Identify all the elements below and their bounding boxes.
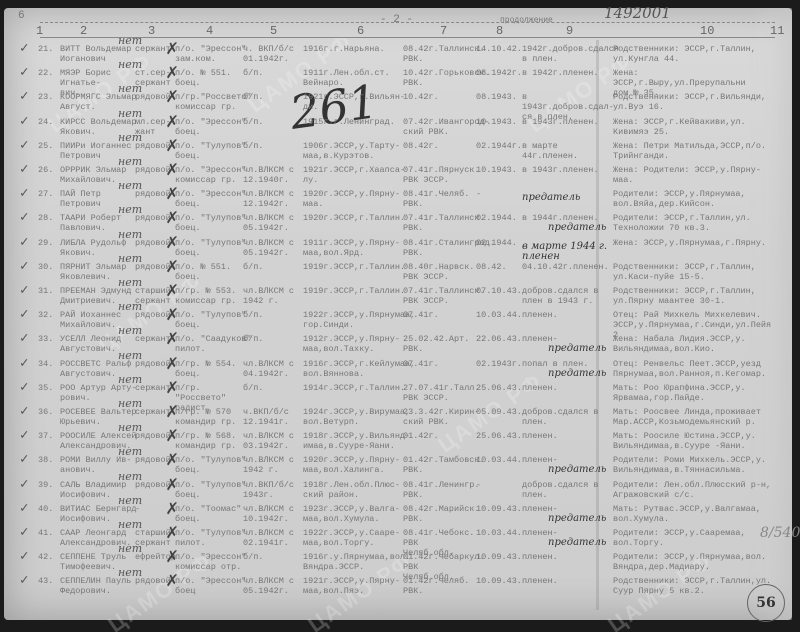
handwritten-net: нет: [118, 133, 142, 143]
row-number: 42.: [38, 552, 53, 562]
column-number: 9: [566, 24, 573, 38]
conscription-info: 08.41г.Сталинград. РВК.: [403, 238, 473, 258]
x-mark-icon: ✗: [166, 379, 178, 399]
birth-info: 1922г.ЭССР,у.Сааре- маа,вол.Торгу.: [303, 528, 401, 548]
row-number: 24.: [38, 117, 53, 127]
x-mark-icon: ✗: [166, 113, 178, 133]
handwritten-net: нет: [118, 447, 142, 457]
x-mark-icon: ✗: [166, 524, 178, 544]
relatives-address: Жена: Родители: ЭССР,у.Пярну- маа.: [613, 165, 773, 185]
conscription-info: 25.02.42.Арт. РВК.: [403, 334, 473, 354]
relatives-address: Жена: ЭССР,г.Кейвакиви,ул. Кивимяэ 25.: [613, 117, 773, 137]
row-number: 41.: [38, 528, 53, 538]
x-mark-icon: ✗: [166, 330, 178, 350]
check-mark-icon: ✓: [20, 165, 28, 175]
birth-info: 1921г.ЭССР,г.Хаапса- лу.: [303, 165, 401, 185]
handwritten-net: нет: [118, 278, 142, 288]
loss-date: -: [476, 480, 524, 490]
relatives-address: Родственники: ЭССР,г.Таллин, ул.Кунгла 4…: [613, 44, 773, 64]
x-mark-icon: ✗: [166, 306, 178, 326]
check-mark-icon: ✓: [20, 213, 28, 223]
relatives-address: Мать: Роо Юрапфина.ЭССР,у. Ярвамаа,гор.П…: [613, 383, 773, 403]
conscription-info: 27.07.41г.Талл. РВК ЭССР.: [403, 383, 473, 403]
party-membership: чл.ВЛКСМ с 05.1942г.: [243, 213, 298, 233]
party-membership: б/п.: [243, 383, 298, 393]
handwritten-net: нет: [118, 496, 142, 506]
party-membership: б/п.: [243, 334, 298, 344]
relatives-address: Мать: Роосвее Линда,проживает Мар.АССР,К…: [613, 407, 773, 427]
x-mark-icon: ✗: [166, 476, 178, 496]
conscription-info: 01.42г.Тамбовск. РВК.: [403, 455, 473, 475]
handwritten-net: нет: [118, 568, 142, 578]
row-number: 34.: [38, 359, 53, 369]
x-mark-icon: ✗: [166, 209, 178, 229]
handwritten-net: нет: [118, 84, 142, 94]
loss-date: 02.1943г.: [476, 359, 524, 369]
archive-number: 1492001: [604, 4, 671, 22]
loss-date: 25.06.43.: [476, 383, 524, 393]
handwritten-net: нет: [118, 60, 142, 70]
conscription-info: 08.41г.Ленингр. РВК.: [403, 480, 473, 500]
row-number: 27.: [38, 189, 53, 199]
x-mark-icon: ✗: [166, 258, 178, 278]
loss-date: 08.1942г.: [476, 68, 524, 78]
party-membership: чл.ВЛКСМ с 03.1942г.: [243, 431, 298, 451]
handwritten-note: предатель: [548, 344, 638, 354]
party-membership: чл.ВЛКСМ с 10.1942г.: [243, 504, 298, 524]
circumstances: добров.сдался в плен в 1943 г.: [522, 286, 612, 306]
corner-mark: 6: [18, 10, 25, 22]
conscription-info: 07.41г.: [403, 359, 473, 369]
x-mark-icon: ✗: [166, 234, 178, 254]
x-mark-icon: ✗: [166, 427, 178, 447]
handwritten-note: предатель: [522, 193, 612, 203]
side-annotation: 8/540: [760, 525, 800, 541]
birth-info: 1918г.Лен.обл.Плюс- ский район.: [303, 480, 401, 500]
row-number: 21.: [38, 44, 53, 54]
birth-info: 1920г.ЭССР,у.Пярну- маа,вол.Халинга.: [303, 455, 401, 475]
row-number: 40.: [38, 504, 53, 514]
relatives-address: Жена: Петри Матильда,ЭССР,п/о. Трийнганд…: [613, 141, 773, 161]
party-membership: чл.ВЛКСМ с 05.1942г.: [243, 576, 298, 596]
relatives-address: Жена: ЭССР,у.Пярнумаа,г.Пярну.: [613, 238, 773, 248]
conscription-info: 23.3.42г.Кирин- ский РВК.: [403, 407, 473, 427]
circumstances: в 1943г.пленен.: [522, 165, 612, 175]
row-number: 30.: [38, 262, 53, 272]
party-membership: б/п.: [243, 92, 298, 102]
handwritten-net: нет: [118, 423, 142, 433]
x-mark-icon: ✗: [166, 40, 178, 60]
x-mark-icon: ✗: [166, 572, 178, 592]
loss-date: 10.09.43.: [476, 504, 524, 514]
handwritten-net: нет: [118, 351, 142, 361]
loss-date: 08.1943.: [476, 92, 524, 102]
x-mark-icon: ✗: [166, 403, 178, 423]
circumstances: 1942г.добров.сдался в плен.: [522, 44, 612, 64]
handwritten-note: предатель: [548, 514, 638, 524]
page-center-mark: - 2 -: [380, 14, 413, 26]
loss-date: 25.06.43.: [476, 431, 524, 441]
column-number: 3: [148, 24, 155, 38]
check-mark-icon: ✓: [20, 310, 28, 320]
birth-info: 1922г.ЭССР,у.Пярнумаа, гор.Синди.: [303, 310, 401, 330]
birth-info: 1911г.Лен.обл.ст. Вейнаро.: [303, 68, 401, 88]
check-mark-icon: ✓: [20, 528, 28, 538]
party-membership: чл.ВЛКСМ с 1942 г.: [243, 455, 298, 475]
birth-info: 1915г.г.Ленинград.: [303, 117, 401, 127]
check-mark-icon: ✓: [20, 286, 28, 296]
row-number: 39.: [38, 480, 53, 490]
check-mark-icon: ✓: [20, 431, 28, 441]
relatives-address: Родители: ЭССР,у.Пярнумаа, вол.Вяйа,дер.…: [613, 189, 773, 209]
row-number: 38.: [38, 455, 53, 465]
party-membership: чл.ВЛКСМ с 04.1942г.: [243, 359, 298, 379]
birth-info: 1919г.ЭССР,г.Таллин.: [303, 262, 401, 272]
conscription-info: 07.41г.Пярнуск. РВК ЭССР.: [403, 165, 473, 185]
loss-date: 02.1944.: [476, 213, 524, 223]
birth-info: 1911г.ЭССР,у.Пярну- маа,вол.Ярд.: [303, 238, 401, 258]
loss-date: 10.09.43.: [476, 576, 524, 586]
relatives-address: Родители: ЭССР,у.Пярнумаа,вол. Вяндра,де…: [613, 552, 773, 572]
birth-info: 1914г.ЭССР,г.Таллин.: [303, 383, 401, 393]
check-mark-icon: ✓: [20, 238, 28, 248]
column-number: 7: [440, 24, 447, 38]
loss-date: 10.1943.: [476, 117, 524, 127]
handwritten-net: нет: [118, 109, 142, 119]
birth-info: 1916г.у.Пярнумаа,вол. Вяндра.ЭССР.: [303, 552, 401, 572]
conscription-info: 07.41г.Таллинск. РВК ЭССР.: [403, 286, 473, 306]
x-mark-icon: ✗: [166, 161, 178, 181]
handwritten-net: нет: [118, 326, 142, 336]
party-membership: чл.ВЛКСМ с 12.1940г.: [243, 165, 298, 185]
row-number: 31.: [38, 286, 53, 296]
party-membership: б/п.: [243, 262, 298, 272]
check-mark-icon: ✓: [20, 189, 28, 199]
row-number: 43.: [38, 576, 53, 586]
handwritten-net: нет: [118, 205, 142, 215]
column-number: 10: [700, 24, 714, 38]
conscription-info: 08.40г.Нарвск. РВК ЭССР.: [403, 262, 473, 282]
birth-info: 1921г.ЭССР,г.Вильян- ди.: [303, 92, 401, 112]
check-mark-icon: ✓: [20, 68, 28, 78]
birth-info: 1912г.ЭССР,у.Пярну- маа,вол.Тахку.: [303, 334, 401, 354]
relatives-address: Родители: Лен.обл.Плюсский р-н, Агражовс…: [613, 480, 773, 500]
handwritten-net: нет: [118, 181, 142, 191]
loss-date: -: [476, 189, 524, 199]
check-mark-icon: ✓: [20, 334, 28, 344]
conscription-info: 08.41г.Челяб. РВК.: [403, 189, 473, 209]
row-number: 33.: [38, 334, 53, 344]
loss-date: 02.1944г.: [476, 141, 524, 151]
circumstances: в 1942г.пленен.: [522, 68, 612, 78]
birth-info: 1919г.ЭССР,г.Таллин.: [303, 286, 401, 296]
check-mark-icon: ✓: [20, 480, 28, 490]
conscription-info: 01.42г.Челяб. РВК.: [403, 576, 473, 596]
check-mark-icon: ✓: [20, 504, 28, 514]
party-membership: б/п.: [243, 68, 298, 78]
relatives-address: Родственники: ЭССР,г.Таллин, ул.Каси-пуй…: [613, 262, 773, 282]
circumstances: пленен.: [522, 552, 612, 562]
column-number: 5: [270, 24, 277, 38]
birth-info: 1906г.ЭССР,у.Тарту- маа,в.Курэтов.: [303, 141, 401, 161]
circumstances: пленен.: [522, 431, 612, 441]
handwritten-net: нет: [118, 254, 142, 264]
table-row: ✓43.СЕППЕЛИН Пауль Федорович.рядовойп/о.…: [0, 576, 800, 606]
conscription-info: 08.42г.: [403, 141, 473, 151]
check-mark-icon: ✓: [20, 92, 28, 102]
party-membership: б/п.: [243, 310, 298, 320]
party-membership: чл.ВЛКСМ с 12.1942г.: [243, 189, 298, 209]
loss-date: 14.10.42.: [476, 44, 524, 54]
loss-date: 10.03.44.: [476, 528, 524, 538]
conscription-info: 10.42г.Горьковск. РВК.: [403, 68, 473, 88]
birth-info: 1921г.ЭССР,у.Пярну- маа,вол.Пяэ.: [303, 576, 401, 596]
loss-date: 10.1943.: [476, 165, 524, 175]
row-number: 23.: [38, 92, 53, 102]
handwritten-net: нет: [118, 230, 142, 240]
relatives-address: Родственники: ЭССР,г.Вильянди, ул.Вуэ 16…: [613, 92, 773, 112]
circumstances: добров.сдался в плен.: [522, 480, 612, 500]
handwritten-net: нет: [118, 36, 142, 46]
handwritten-net: нет: [118, 302, 142, 312]
x-mark-icon: ✗: [166, 451, 178, 471]
loss-date: 10.03.44.: [476, 310, 524, 320]
check-mark-icon: ✓: [20, 141, 28, 151]
column-number: 2: [80, 24, 87, 38]
party-membership: ч. ВКП/б/с 01.1942г.: [243, 44, 298, 64]
x-mark-icon: ✗: [166, 64, 178, 84]
birth-info: 1920г.ЭССР,у.Пярну- маа.: [303, 189, 401, 209]
conscription-info: 08.42г.Марийск. РВК.: [403, 504, 473, 524]
birth-info: 1923г.ЭССР,у.Валга- маа,вол.Хумула.: [303, 504, 401, 524]
handwritten-net: нет: [118, 520, 142, 530]
x-mark-icon: ✗: [166, 500, 178, 520]
loss-date: 10.03.44.: [476, 455, 524, 465]
check-mark-icon: ✓: [20, 407, 28, 417]
loss-date: 05.09.43.: [476, 407, 524, 417]
circumstances: 04.10.42г.пленен.: [522, 262, 612, 272]
relatives-address: Мать: Роосиле Юстина.ЭССР,у. Вильяндимаа…: [613, 431, 773, 451]
column-number: 1: [36, 24, 43, 38]
x-mark-icon: ✗: [166, 137, 178, 157]
circumstances: в 1943г.пленен.: [522, 117, 612, 127]
check-mark-icon: ✓: [20, 262, 28, 272]
conscription-info: 07.42г.Ивангород- ский РВК.: [403, 117, 473, 137]
x-mark-icon: ✗: [166, 282, 178, 302]
row-number: 32.: [38, 310, 53, 320]
row-number: 35.: [38, 383, 53, 393]
check-mark-icon: ✓: [20, 44, 28, 54]
loss-date: 22.06.43.: [476, 334, 524, 344]
column-number: 4: [206, 24, 213, 38]
row-number: 29.: [38, 238, 53, 248]
row-number: 26.: [38, 165, 53, 175]
handwritten-note: в марте 1944 г. пленен: [522, 242, 612, 262]
birth-info: 1918г.ЭССР,у.Вильянд- имаа,в.Сууре-Яани.: [303, 431, 401, 451]
circumstances: пленен.: [522, 310, 612, 320]
check-mark-icon: ✓: [20, 383, 28, 393]
party-membership: чл.ВКП/б/с 1943г.: [243, 480, 298, 500]
handwritten-note: предатель: [548, 538, 638, 548]
party-membership: б/п.: [243, 552, 298, 562]
party-membership: б/п.: [243, 141, 298, 151]
person-name: СЕППЕЛИН Пауль Федорович.: [60, 576, 140, 596]
conscription-info: 07.41г.Таллинск. РВК.: [403, 213, 473, 233]
party-membership: б/п.: [243, 117, 298, 127]
conscription-info: 10.42г.: [403, 92, 473, 102]
x-mark-icon: ✗: [166, 185, 178, 205]
handwritten-note: предатель: [548, 465, 638, 475]
birth-info: 1916г.ЭССР,г.Кейлумаа, вол.Вяннова.: [303, 359, 401, 379]
row-number: 36.: [38, 407, 53, 417]
party-membership: чл.ВЛКСМ с 1942 г.: [243, 286, 298, 306]
row-number: 25.: [38, 141, 53, 151]
handwritten-net: нет: [118, 472, 142, 482]
handwritten-net: нет: [118, 399, 142, 409]
birth-info: 1916г.г.Нарьяна.: [303, 44, 401, 54]
circumstances: в марте 44г.пленен.: [522, 141, 612, 161]
check-mark-icon: ✓: [20, 359, 28, 369]
check-mark-icon: ✓: [20, 576, 28, 586]
circumstances: пленен.: [522, 576, 612, 586]
circumstances: добров.сдался в плен.: [522, 407, 612, 427]
handwritten-note: предатель: [548, 369, 638, 379]
column-number: 6: [357, 24, 364, 38]
conscription-info: 01.42г.: [403, 431, 473, 441]
column-number: 11: [770, 24, 784, 38]
handwritten-note: предатель: [548, 223, 638, 233]
loss-date: 02.1944.: [476, 238, 524, 248]
check-mark-icon: ✓: [20, 117, 28, 127]
party-membership: чл.ВЛКСМ с 05.1942г.: [243, 238, 298, 258]
handwritten-net: нет: [118, 375, 142, 385]
x-mark-icon: ✗: [166, 548, 178, 568]
column-number: 8: [496, 24, 503, 38]
handwritten-net: нет: [118, 157, 142, 167]
handwritten-net: нет: [118, 544, 142, 554]
check-mark-icon: ✓: [20, 455, 28, 465]
check-mark-icon: ✓: [20, 552, 28, 562]
row-number: 37.: [38, 431, 53, 441]
x-mark-icon: ✗: [166, 88, 178, 108]
relatives-address: Родственники: ЭССР,г.Таллин, ул.Пярну ма…: [613, 286, 773, 306]
page-stamp: 56: [747, 584, 785, 622]
row-number: 22.: [38, 68, 53, 78]
birth-info: 1920г.ЭССР,г.Таллин.: [303, 213, 401, 223]
conscription-info: 07.41г.: [403, 310, 473, 320]
loss-date: 07.10.43.: [476, 286, 524, 296]
circumstances: пленен.: [522, 383, 612, 393]
loss-date: 10.09.43.: [476, 552, 524, 562]
party-membership: чл.ВЛКСМ с 02.1941г.: [243, 528, 298, 548]
birth-info: 1924г.ЭССР,у.Вирумаа, вол.Ветурп.: [303, 407, 401, 427]
loss-date: 08.42.: [476, 262, 524, 272]
party-membership: ч.ВКП/б/с 12.1941г.: [243, 407, 298, 427]
conscription-info: 08.42г.Таллинск. РВК.: [403, 44, 473, 64]
x-mark-icon: ✗: [166, 355, 178, 375]
row-number: 28.: [38, 213, 53, 223]
